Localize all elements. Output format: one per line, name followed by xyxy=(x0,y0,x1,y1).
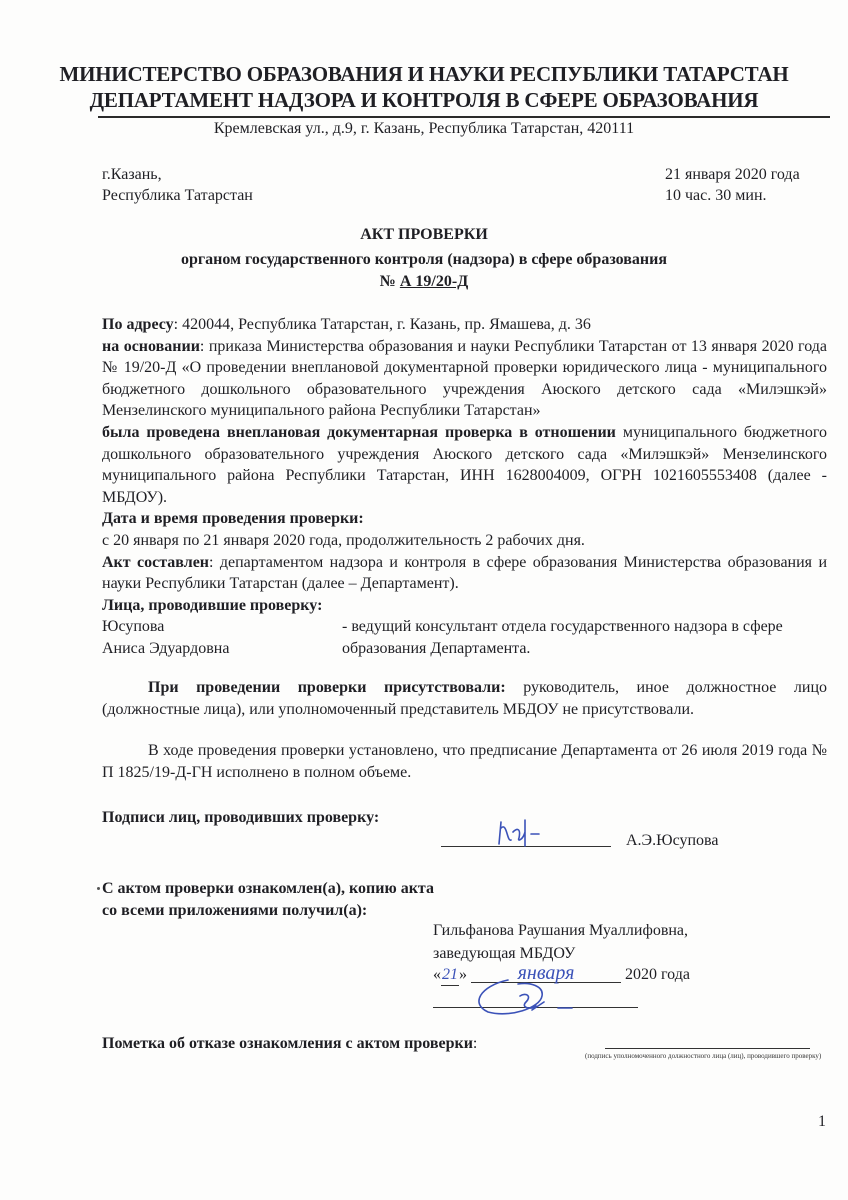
refusal-label: Пометка об отказе ознакомления с актом п… xyxy=(102,1033,477,1054)
composed-label: Акт составлен xyxy=(102,554,209,571)
recipient-signature-mark xyxy=(470,972,600,1017)
place-block: г.Казань, Республика Татарстан xyxy=(102,164,253,206)
ack-day: 21 xyxy=(441,964,459,986)
act-date: 21 января 2020 года xyxy=(665,164,800,185)
inspection-label: была проведена внеплановая документарная… xyxy=(102,424,616,441)
recipient-block: Гильфанова Раушания Муаллифовна, заведую… xyxy=(433,919,688,965)
act-time: 10 час. 30 мин. xyxy=(665,185,800,206)
place-city: г.Казань, xyxy=(102,164,253,185)
inspectors-label: Лица, проводившие проверку: xyxy=(102,595,827,617)
acknowledgment-label: С актом проверки ознакомлен(а), копию ак… xyxy=(102,878,434,922)
datetime-label: Дата и время проведения проверки: xyxy=(102,508,827,530)
inspectors-signatures-label: Подписи лиц, проводивших проверку: xyxy=(102,807,379,828)
ministry-title: МИНИСТЕРСТВО ОБРАЗОВАНИЯ И НАУКИ РЕСПУБЛ… xyxy=(0,62,848,87)
finding-paragraph: В ходе проведения проверки установлено, … xyxy=(102,740,827,783)
scan-speck xyxy=(97,887,100,890)
address-paragraph: По адресу: 420044, Республика Татарстан,… xyxy=(102,314,827,336)
act-subtitle: органом государственного контроля (надзо… xyxy=(0,251,848,269)
act-number-value: А 19/20-Д xyxy=(400,273,468,290)
ack-year: 2020 года xyxy=(625,966,690,983)
address-label: По адресу xyxy=(102,316,174,333)
inspector-surname: Юсупова xyxy=(102,616,342,638)
acknowledgment-line1: С актом проверки ознакомлен(а), копию ак… xyxy=(102,878,434,900)
act-number: № А 19/20-Д xyxy=(0,273,848,291)
basis-paragraph: на основании: приказа Министерства образ… xyxy=(102,336,827,422)
inspection-paragraph: была проведена внеплановая документарная… xyxy=(102,422,827,508)
refusal-colon: : xyxy=(473,1035,477,1052)
address-value: : 420044, Республика Татарстан, г. Казан… xyxy=(174,316,591,333)
act-title: АКТ ПРОВЕРКИ xyxy=(0,226,848,244)
act-body: По адресу: 420044, Республика Татарстан,… xyxy=(102,314,827,660)
datetime-block: 21 января 2020 года 10 час. 30 мин. xyxy=(665,164,800,206)
composed-value: : департаментом надзора и контроля в сфе… xyxy=(102,554,827,593)
composed-paragraph: Акт составлен: департаментом надзора и к… xyxy=(102,552,827,595)
datetime-value: с 20 января по 21 января 2020 года, прод… xyxy=(102,530,827,552)
basis-label: на основании xyxy=(102,338,200,355)
header-rule xyxy=(98,116,830,118)
present-paragraph: При проведении проверки присутствовали: … xyxy=(102,677,827,720)
inspector-name: Юсупова Аниса Эдуардовна xyxy=(102,616,342,659)
place-region: Республика Татарстан xyxy=(102,185,253,206)
refusal-signature-line xyxy=(605,1048,810,1049)
department-title: ДЕПАРТАМЕНТ НАДЗОРА И КОНТРОЛЯ В СФЕРЕ О… xyxy=(0,88,848,113)
recipient-name: Гильфанова Раушания Муаллифовна, xyxy=(433,919,688,942)
inspector-row: Юсупова Аниса Эдуардовна - ведущий консу… xyxy=(102,616,827,659)
inspector-given-names: Аниса Эдуардовна xyxy=(102,638,342,660)
act-number-prefix: № xyxy=(380,273,400,290)
inspector-short-name: А.Э.Юсупова xyxy=(626,830,718,851)
ack-day-close-quote: » xyxy=(459,966,467,983)
refusal-caption: (подпись уполномоченного должностного ли… xyxy=(585,1052,821,1060)
department-address: Кремлевская ул., д.9, г. Казань, Республ… xyxy=(0,120,848,138)
inspector-signature-mark xyxy=(495,818,565,848)
ack-day-open-quote: « xyxy=(433,966,441,983)
acknowledgment-line2: со всеми приложениями получил(а): xyxy=(102,900,434,922)
basis-value: : приказа Министерства образования и нау… xyxy=(102,338,827,420)
page-number: 1 xyxy=(818,1113,826,1131)
refusal-label-text: Пометка об отказе ознакомления с актом п… xyxy=(102,1035,473,1052)
present-label: При проведении проверки присутствовали: xyxy=(148,679,506,696)
inspector-role: - ведущий консультант отдела государстве… xyxy=(342,616,827,659)
